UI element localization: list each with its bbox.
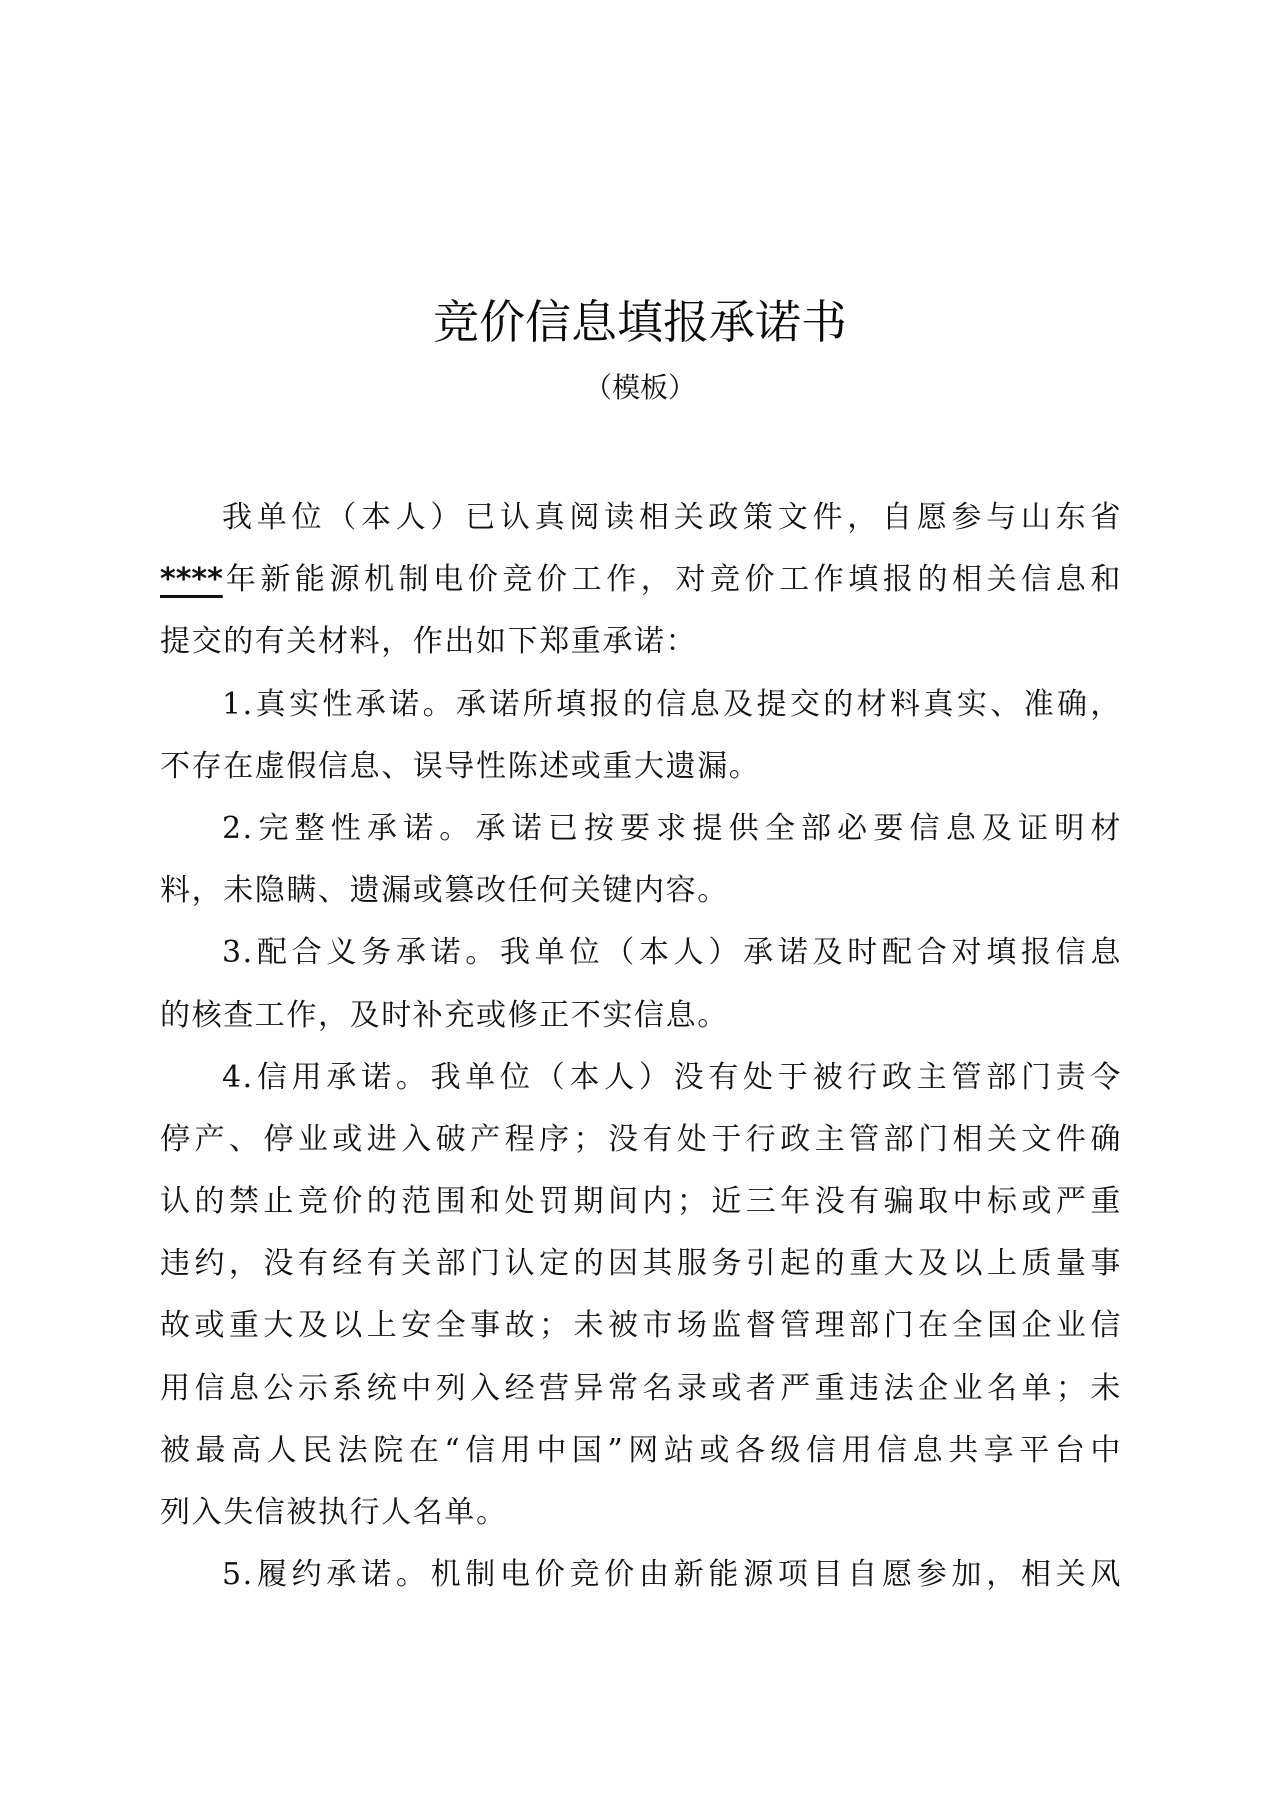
item-4-line-3: 认的禁止竞价的范围和处罚期间内；近三年没有骗取中标或严重 bbox=[160, 1171, 1122, 1233]
intro-line-1: 我单位（本人）已认真阅读相关政策文件，自愿参与山东省 bbox=[160, 487, 1122, 549]
item-4-line-1: 4.信用承诺。我单位（本人）没有处于被行政主管部门责令 bbox=[160, 1047, 1122, 1109]
item-4-line-7: 被最高人民法院在“信用中国”网站或各级信用信息共享平台中 bbox=[160, 1420, 1122, 1482]
item-5-line-1: 5.履约承诺。机制电价竞价由新能源项目自愿参加，相关风 bbox=[160, 1544, 1122, 1606]
item-1-line-2: 不存在虚假信息、误导性陈述或重大遗漏。 bbox=[160, 736, 1122, 798]
document-title: 竞价信息填报承诺书 bbox=[0, 292, 1280, 352]
item-3-line-1: 3.配合义务承诺。我单位（本人）承诺及时配合对填报信息 bbox=[160, 922, 1122, 984]
item-4-line-4: 违约，没有经有关部门认定的因其服务引起的重大及以上质量事 bbox=[160, 1233, 1122, 1295]
document-body: 我单位（本人）已认真阅读相关政策文件，自愿参与山东省 ****年新能源机制电价竞… bbox=[160, 487, 1122, 1606]
intro-line-2-text: 年新能源机制电价竞价工作，对竞价工作填报的相关信息和 bbox=[223, 562, 1122, 597]
item-2-line-2: 料，未隐瞒、遗漏或篡改任何关键内容。 bbox=[160, 860, 1122, 922]
item-4-line-8: 列入失信被执行人名单。 bbox=[160, 1482, 1122, 1544]
intro-line-2: ****年新能源机制电价竞价工作，对竞价工作填报的相关信息和 bbox=[160, 549, 1122, 611]
document-page: 竞价信息填报承诺书 （模板） 我单位（本人）已认真阅读相关政策文件，自愿参与山东… bbox=[0, 0, 1280, 1810]
item-4-line-2: 停产、停业或进入破产程序；没有处于行政主管部门相关文件确 bbox=[160, 1109, 1122, 1171]
intro-line-3: 提交的有关材料，作出如下郑重承诺： bbox=[160, 611, 1122, 673]
year-placeholder: **** bbox=[160, 562, 223, 597]
item-4-line-5: 故或重大及以上安全事故；未被市场监督管理部门在全国企业信 bbox=[160, 1295, 1122, 1357]
item-2-line-1: 2.完整性承诺。承诺已按要求提供全部必要信息及证明材 bbox=[160, 798, 1122, 860]
document-subtitle: （模板） bbox=[0, 368, 1280, 408]
item-3-line-2: 的核查工作，及时补充或修正不实信息。 bbox=[160, 985, 1122, 1047]
item-4-line-6: 用信息公示系统中列入经营异常名录或者严重违法企业名单；未 bbox=[160, 1358, 1122, 1420]
item-1-line-1: 1.真实性承诺。承诺所填报的信息及提交的材料真实、准确， bbox=[160, 674, 1122, 736]
